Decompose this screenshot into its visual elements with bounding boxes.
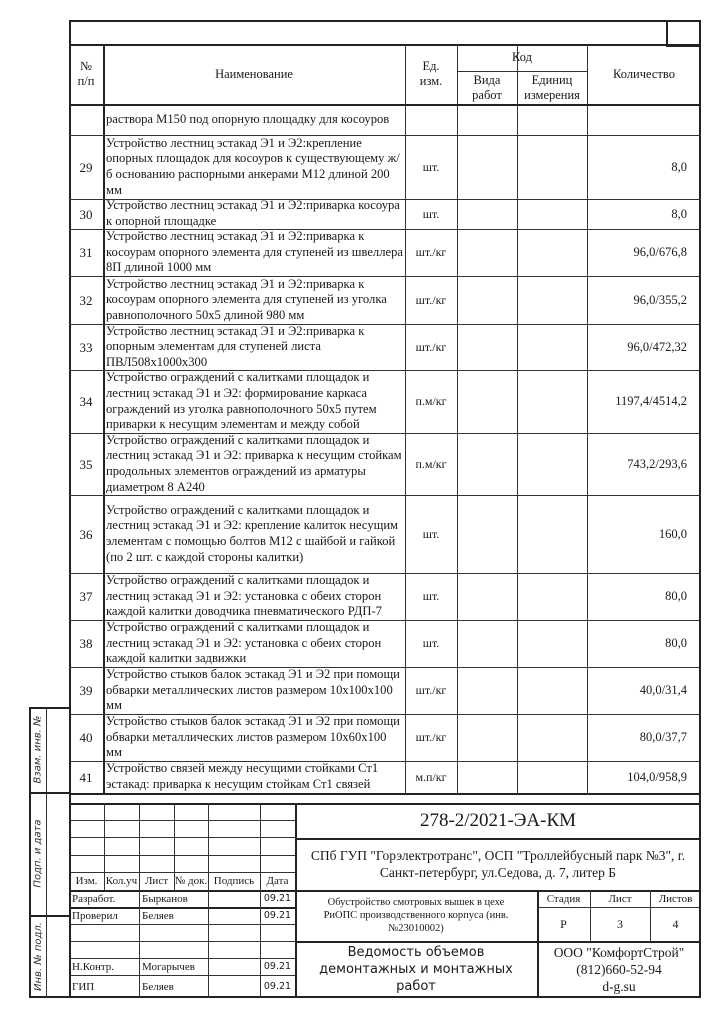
grid-line	[29, 792, 69, 794]
stamp-role: Н.Контр.	[69, 958, 139, 975]
stamp-date: 09.21	[260, 907, 295, 924]
row-name: Устройство ограждений с калитками площад…	[103, 495, 405, 573]
row-unit: шт.	[405, 495, 457, 573]
stamp-date: 09.21	[260, 958, 295, 975]
stamp-date: 09.21	[260, 890, 295, 907]
row-name: Устройство ограждений с калитками площад…	[103, 370, 405, 433]
continuation-row: раствора М150 под опорную площадку для к…	[103, 104, 405, 135]
company-website[interactable]: d-g.su	[602, 978, 635, 995]
row-name: Устройство лестниц эстакад Э1 и Э2:прива…	[103, 276, 405, 324]
stamp-date	[260, 924, 295, 941]
grid-line	[69, 837, 295, 838]
row-number: 30	[69, 199, 103, 229]
row-number: 31	[69, 229, 103, 276]
grid-line	[208, 890, 209, 998]
header-work-type: Вида работ	[457, 71, 517, 104]
header-quantity: Количество	[587, 44, 701, 104]
side-sign-date: Подп. и дата	[33, 819, 44, 887]
row-quantity: 80,0	[587, 620, 701, 667]
stamp-person	[139, 941, 208, 958]
stamp-role	[69, 924, 139, 941]
row-unit: шт.	[405, 135, 457, 199]
stamp-col-header: Кол.уч	[104, 872, 139, 890]
row-unit: шт.	[405, 573, 457, 620]
sheet-number: 3	[590, 907, 650, 941]
row-unit: шт./кг	[405, 229, 457, 276]
row-number: 37	[69, 573, 103, 620]
grid-line	[457, 44, 458, 793]
stamp-role: Разработ.	[69, 890, 139, 907]
stamp-col-header: Подпись	[208, 872, 260, 890]
sheet-label: Лист	[590, 890, 650, 907]
stamp-col-header: № док.	[174, 872, 208, 890]
row-number: 32	[69, 276, 103, 324]
side-inv-original: Инв. № подл.	[33, 922, 44, 991]
stage-value: Р	[537, 907, 590, 941]
row-number: 34	[69, 370, 103, 433]
row-number: 41	[69, 761, 103, 793]
company-name: ООО "КомфортСтрой"	[554, 944, 685, 961]
row-number: 35	[69, 433, 103, 495]
row-number: 36	[69, 495, 103, 573]
stamp-col-header: Лист	[139, 872, 174, 890]
stamp-person	[139, 924, 208, 941]
row-name: Устройство ограждений с калитками площад…	[103, 620, 405, 667]
stamp-role: Проверил	[69, 907, 139, 924]
grid-line	[29, 915, 69, 917]
row-name: Устройство лестниц эстакад Э1 и Э2:крепл…	[103, 135, 405, 199]
row-quantity: 40,0/31,4	[587, 667, 701, 714]
row-name: Устройство ограждений с калитками площад…	[103, 433, 405, 495]
stamp-role: ГИП	[69, 975, 139, 998]
company-phone: (812)660-52-94	[576, 961, 661, 978]
stamp-col-header: Изм.	[69, 872, 104, 890]
document-title: Ведомость объемов демонтажных и монтажны…	[295, 941, 537, 998]
stage-label: Стадия	[537, 890, 590, 907]
header-unit-code: Единиц измерения	[517, 71, 587, 104]
sheets-total: 4	[650, 907, 701, 941]
row-quantity: 96,0/676,8	[587, 229, 701, 276]
row-name: Устройство лестниц эстакад Э1 и Э2:прива…	[103, 229, 405, 276]
grid-line	[46, 707, 47, 998]
grid-line	[517, 44, 518, 793]
row-number: 39	[69, 667, 103, 714]
stamp-person: Могарычев	[139, 958, 208, 975]
row-name: Устройство стыков балок эстакад Э1 и Э2 …	[103, 714, 405, 761]
row-name: Устройство ограждений с калитками площад…	[103, 573, 405, 620]
sheets-label: Листов	[650, 890, 701, 907]
row-name: Устройство лестниц эстакад Э1 и Э2:прива…	[103, 199, 405, 229]
row-unit: шт.	[405, 199, 457, 229]
row-quantity: 1197,4/4514,2	[587, 370, 701, 433]
project-name: Обустройство смотровых вышек в цехе РиОП…	[295, 890, 537, 941]
row-unit: м.п/кг	[405, 761, 457, 793]
row-unit: шт.	[405, 620, 457, 667]
corner-box	[666, 20, 701, 47]
row-name: Устройство связей между несущими стойкам…	[103, 761, 405, 793]
row-quantity: 104,0/958,9	[587, 761, 701, 793]
row-quantity: 96,0/472,32	[587, 324, 701, 370]
stamp-role	[69, 941, 139, 958]
row-unit: шт./кг	[405, 276, 457, 324]
grid-line	[69, 855, 295, 856]
row-quantity: 8,0	[587, 135, 701, 199]
company-info: ООО "КомфортСтрой"(812)660-52-94d-g.su	[537, 941, 701, 998]
stamp-col-header: Дата	[260, 872, 295, 890]
stamp-person: Бырканов	[139, 890, 208, 907]
row-unit: п.м/кг	[405, 433, 457, 495]
row-quantity: 80,0	[587, 573, 701, 620]
row-unit: шт./кг	[405, 324, 457, 370]
row-unit: п.м/кг	[405, 370, 457, 433]
row-unit: шт./кг	[405, 667, 457, 714]
header-num: № п/п	[69, 44, 103, 104]
stamp-date: 09.21	[260, 975, 295, 998]
stamp-person: Беляев	[139, 907, 208, 924]
document-code: 278-2/2021-ЭА-КМ	[295, 803, 701, 838]
row-number: 38	[69, 620, 103, 667]
row-quantity: 8,0	[587, 199, 701, 229]
stamp-date	[260, 941, 295, 958]
side-replaced-inv: Взам. инв. №	[32, 716, 43, 784]
row-unit: шт./кг	[405, 714, 457, 761]
row-name: Устройство лестниц эстакад Э1 и Э2:прива…	[103, 324, 405, 370]
row-quantity: 80,0/37,7	[587, 714, 701, 761]
row-number: 33	[69, 324, 103, 370]
row-quantity: 743,2/293,6	[587, 433, 701, 495]
row-number: 40	[69, 714, 103, 761]
row-name: Устройство стыков балок эстакад Э1 и Э2 …	[103, 667, 405, 714]
header-name: Наименование	[103, 44, 405, 104]
header-unit: Ед. изм.	[405, 44, 457, 104]
grid-line	[69, 820, 295, 821]
organization: СПб ГУП "Горэлектротранс", ОСП "Троллейб…	[295, 838, 701, 890]
row-quantity: 96,0/355,2	[587, 276, 701, 324]
row-number: 29	[69, 135, 103, 199]
row-quantity: 160,0	[587, 495, 701, 573]
header-code: Код	[457, 44, 587, 71]
stamp-person: Беляев	[139, 975, 208, 998]
grid-line	[69, 793, 701, 795]
